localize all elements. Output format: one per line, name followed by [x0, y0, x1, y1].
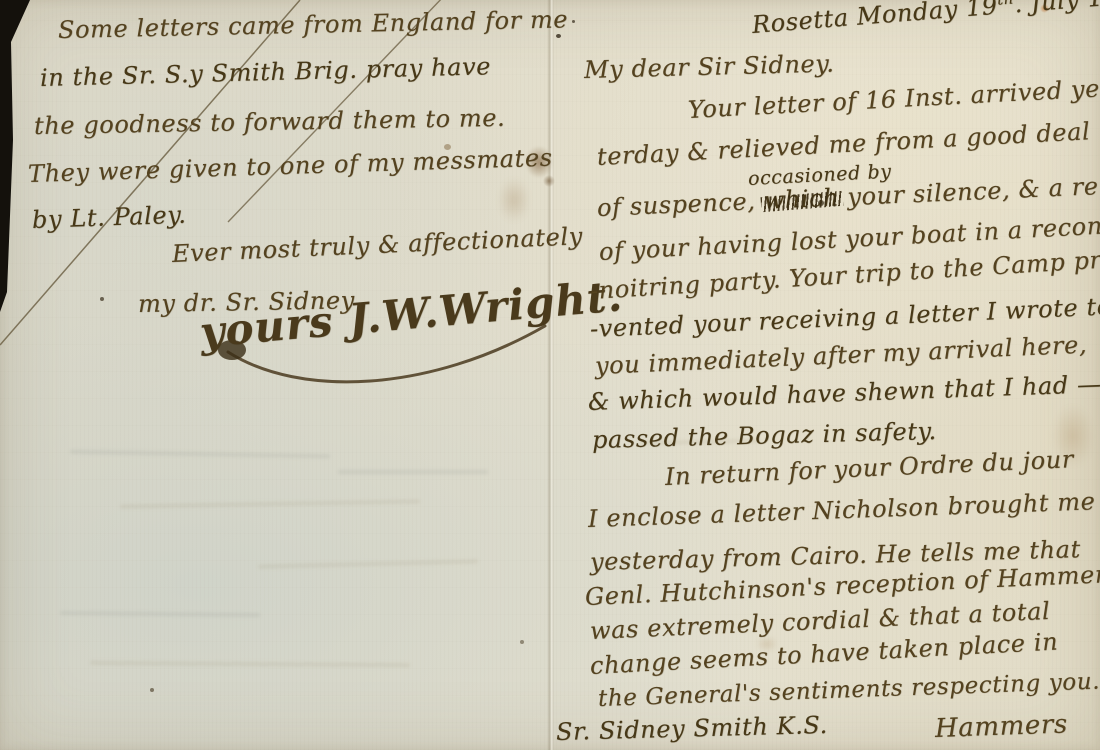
- letter-line: by Lt. Paley.: [32, 201, 187, 234]
- dateline-superscript: th: [996, 0, 1014, 9]
- catchword: Hammers: [934, 709, 1068, 744]
- strikethrough-word: which: [763, 183, 840, 214]
- page-fold-seam: [547, 0, 554, 750]
- show-through-mark: [338, 470, 488, 474]
- letter-scan: Some letters came from England for me in…: [0, 0, 1100, 750]
